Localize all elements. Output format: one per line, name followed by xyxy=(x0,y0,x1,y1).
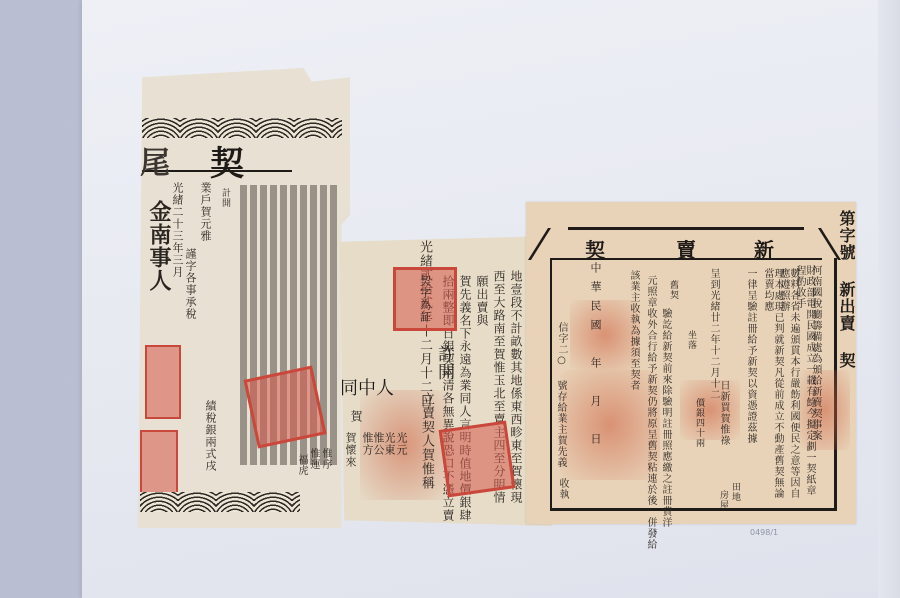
left-deed-column-3: 謹字各事承稅 xyxy=(185,248,196,320)
right-deed-property-2: 房屋 xyxy=(718,490,727,510)
right-deed-col-4: 理本處現已判就新契凡從前成立不動產舊契無論當賣均應 xyxy=(762,268,782,508)
right-deed-col-6: 呈到光緒廿二年十二月十二 xyxy=(708,268,718,400)
catalog-mark: 0498/1 xyxy=(750,528,778,537)
left-deed-column-2: 計開 xyxy=(220,188,229,208)
mount-edge xyxy=(878,0,900,598)
right-deed-frame-bottom xyxy=(550,508,837,511)
right-deed-col-7: 日新買賀惟祿 xyxy=(718,380,728,446)
right-deed-contract-number: 信字二○ xyxy=(556,322,566,367)
right-deed-side-note: 價銀四十兩 xyxy=(694,398,703,448)
left-deed-wave-border-bottom xyxy=(140,492,300,512)
middle-deed-witness-1: 賀懷來 xyxy=(345,432,356,468)
middle-deed-witness-4: 光東 xyxy=(384,432,395,456)
left-deed-date: 光緒二十三年三月 xyxy=(172,182,183,278)
right-deed-col-12: 該業主收執為據須至契者 xyxy=(628,270,638,391)
middle-deed-seal-bottom xyxy=(439,421,516,498)
middle-deed-witness-header: 同中人 xyxy=(340,374,394,400)
right-deed-frame-left xyxy=(550,258,552,510)
middle-deed-seal-text: 契字為証 xyxy=(420,275,431,323)
left-deed-wave-border-top xyxy=(142,118,342,138)
right-deed-property-1: 田地 xyxy=(730,482,739,502)
middle-deed-witness-6: 惟序 xyxy=(320,448,330,470)
middle-deed-witness-8: 福虎 xyxy=(296,454,306,476)
right-deed-holder: 收執 xyxy=(557,478,567,500)
right-deed-title-char-1: 契 xyxy=(585,234,605,263)
right-deed-margin-text: 第字號 新出賣 契 xyxy=(838,210,854,369)
middle-deed-witness-surname: 賀 xyxy=(350,410,362,423)
right-deed-col-10: 驗訖給新契前來除驗明註冊照應繳之註冊費洋 xyxy=(660,308,670,528)
middle-deed-signer: 立賣契人賀惟稱 xyxy=(420,392,433,490)
left-deed-seal-tilted xyxy=(243,365,326,448)
left-deed-handwriting: 金南事人 xyxy=(148,200,170,292)
right-deed-frame-top xyxy=(568,227,804,230)
middle-deed-witness-5: 惟公 xyxy=(373,432,384,456)
right-deed-title-char-3: 新 xyxy=(754,234,774,263)
middle-deed-jikai: 許開 xyxy=(435,345,452,381)
right-deed-col-11: 元照章收外合行給予新契仍將原呈舊契粘連於後一併發給 xyxy=(645,275,655,550)
middle-deed-seal-top: 契字為証 xyxy=(393,267,457,331)
middle-deed-body-4: 願出賣與 xyxy=(476,275,488,327)
left-deed-title-side: 尾 xyxy=(140,138,170,182)
middle-deed-witness-3: 光元 xyxy=(396,432,407,456)
right-deed-republic-date: 中華民國 年 月 日 xyxy=(590,262,601,452)
right-deed-issuer: 號存給業主賀先義 xyxy=(555,380,565,468)
left-deed-seal-1 xyxy=(145,345,181,419)
middle-deed-witness-7: 惟運 xyxy=(308,448,318,470)
right-deed-title-char-2: 賣 xyxy=(676,234,696,263)
right-deed-col-5: 一律呈驗註冊給予新契以資憑證茲據 xyxy=(745,268,755,444)
left-deed-column-4: 績稅銀兩式戌 xyxy=(205,400,216,472)
right-deed-col-9: 舊契 xyxy=(668,280,677,300)
right-deed-col-8: 坐落 xyxy=(686,330,695,350)
left-deed-title: 契 xyxy=(210,136,244,185)
left-deed-column-1: 業戶賀元雅 xyxy=(200,182,211,242)
